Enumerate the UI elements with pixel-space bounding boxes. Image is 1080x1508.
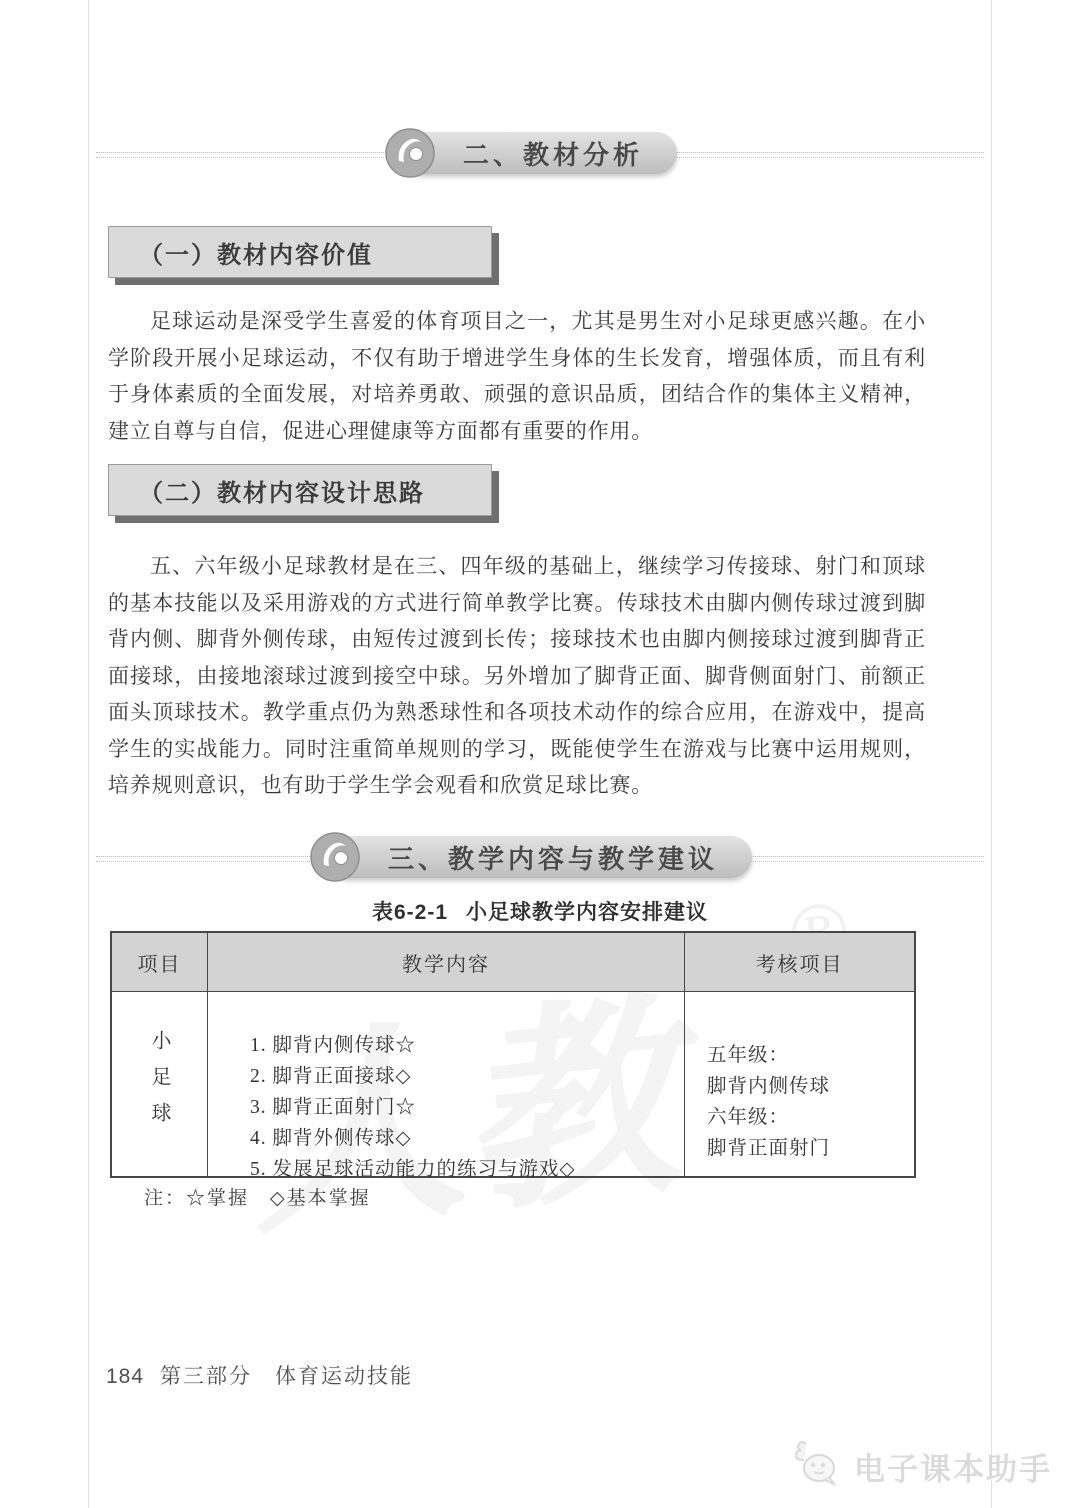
assessment-list: 五年级：脚背内侧传球六年级：脚背正面射门 <box>685 992 914 1164</box>
paragraph-design-idea: 五、六年级小足球教材是在三、四年级的基础上，继续学习传接球、射门和顶球的基本技能… <box>108 548 926 804</box>
teaching-content-list: 1. 脚背内侧传球☆2. 脚背正面接球◇3. 脚背正面射门☆4. 脚背外侧传球◇… <box>208 992 684 1185</box>
section-banner-analysis: 二、教材分析 <box>0 132 1080 180</box>
teaching-content-item: 2. 脚背正面接球◇ <box>250 1061 684 1092</box>
page-number: 184 <box>106 1365 144 1388</box>
banner-label: 二、教材分析 <box>463 135 643 172</box>
table-note: 注：☆掌握 ◇基本掌握 <box>144 1183 371 1210</box>
teaching-content-item: 5. 发展足球活动能力的练习与游戏◇ <box>250 1154 684 1185</box>
teaching-content-item: 1. 脚背内侧传球☆ <box>250 1030 684 1061</box>
page-scan-edge-right <box>991 0 992 1508</box>
ebook-helper-logo: 电子课本助手 <box>792 1438 1052 1495</box>
table-caption-title: 小足球教学内容安排建议 <box>466 901 708 924</box>
assessment-item: 六年级： <box>707 1102 914 1133</box>
page-scan-edge-left <box>88 0 89 1508</box>
banner-pill: 三、教学内容与教学建议 <box>328 836 752 878</box>
paragraph-content-value: 足球运动是深受学生喜爱的体育项目之一，尤其是男生对小足球更感兴趣。在小学阶段开展… <box>108 303 926 449</box>
table-header-project: 项目 <box>112 933 208 992</box>
table-header-assessment: 考核项目 <box>685 933 914 992</box>
teaching-content-item: 4. 脚背外侧传球◇ <box>250 1123 684 1154</box>
ball-hand-icon <box>385 128 435 178</box>
ball-hand-icon <box>310 832 360 882</box>
table-cell-teaching-content: 1. 脚背内侧传球☆2. 脚背正面接球◇3. 脚背正面射门☆4. 脚背外侧传球◇… <box>208 992 685 1176</box>
teaching-content-item: 3. 脚背正面射门☆ <box>250 1092 684 1123</box>
footer-section-title: 第三部分 体育运动技能 <box>160 1365 413 1388</box>
heading-box-content-value: （一）教材内容价值 <box>108 226 492 278</box>
table-caption-label: 表6-2-1 <box>372 901 448 924</box>
banner-pill: 二、教材分析 <box>403 132 677 174</box>
section-banner-teaching: 三、教学内容与教学建议 <box>0 836 1080 884</box>
mascot-icon <box>792 1438 844 1495</box>
table-caption: 表6-2-1小足球教学内容安排建议 <box>0 896 1080 926</box>
project-name: 小足球 <box>145 1030 174 1138</box>
table-cell-assessment: 五年级：脚背内侧传球六年级：脚背正面射门 <box>685 992 914 1176</box>
banner-label: 三、教学内容与教学建议 <box>388 839 718 876</box>
page-footer: 184第三部分 体育运动技能 <box>106 1360 413 1390</box>
table-header-teaching-content: 教学内容 <box>208 933 685 992</box>
brand-text: 电子课本助手 <box>854 1444 1052 1489</box>
table-cell-project: 小足球 <box>112 992 208 1176</box>
textbook-page: 二、教材分析 （一）教材内容价值 足球运动是深受学生喜爱的体育项目之一，尤其是男… <box>0 0 1080 1508</box>
heading-box-design-idea: （二）教材内容设计思路 <box>108 464 492 516</box>
assessment-item: 五年级： <box>707 1040 914 1071</box>
assessment-item: 脚背内侧传球 <box>707 1071 914 1102</box>
assessment-item: 脚背正面射门 <box>707 1133 914 1164</box>
teaching-content-table: 项目 教学内容 考核项目 小足球 1. 脚背内侧传球☆2. 脚背正面接球◇3. … <box>110 931 916 1178</box>
heading-label: （二）教材内容设计思路 <box>139 473 425 508</box>
heading-label: （一）教材内容价值 <box>139 235 373 270</box>
